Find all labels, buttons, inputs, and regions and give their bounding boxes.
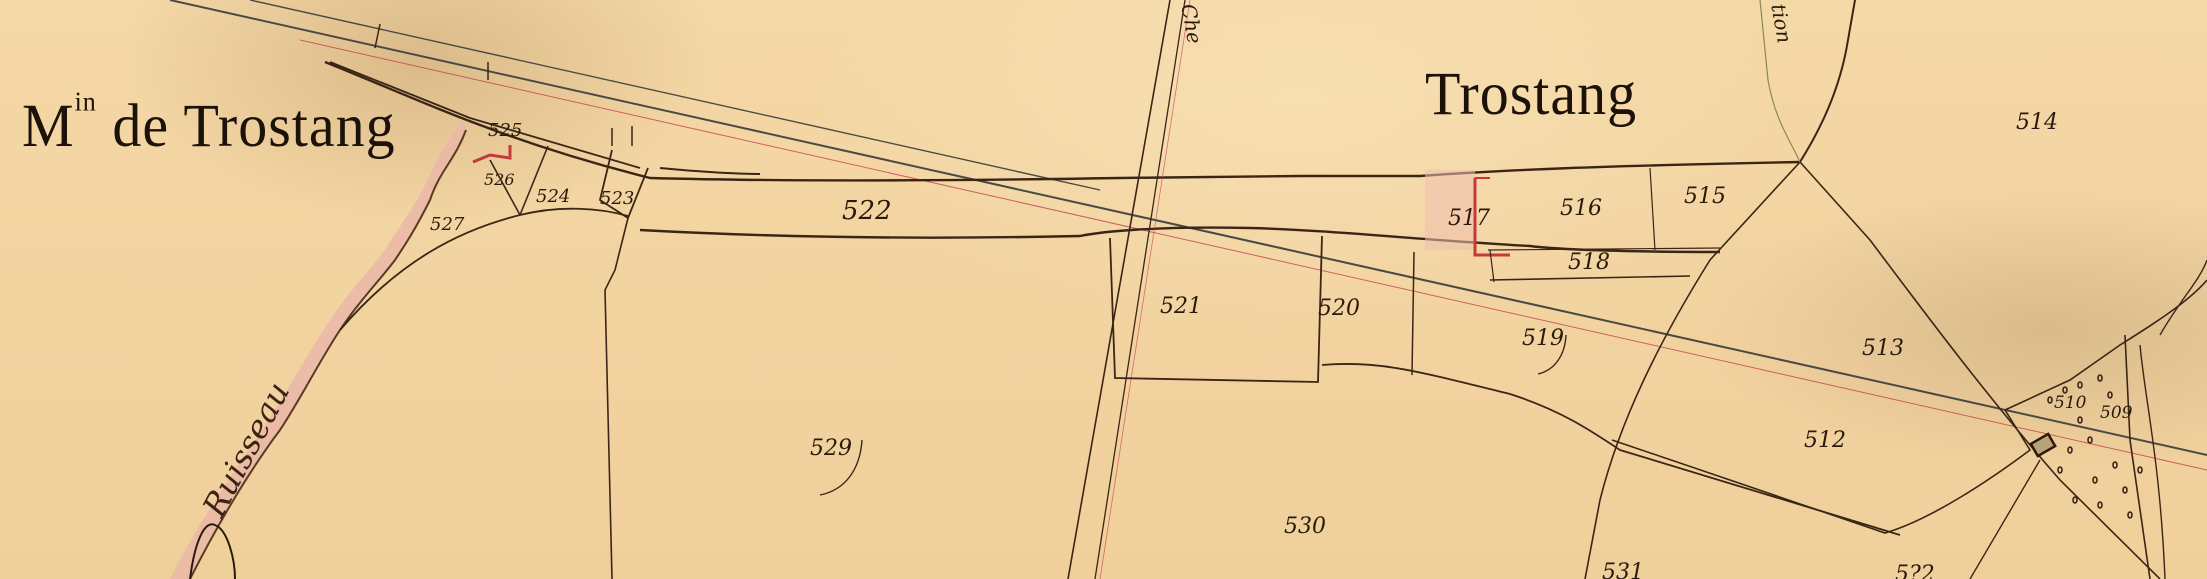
parcel-label: 522 xyxy=(842,196,892,226)
building-510 xyxy=(2031,434,2055,456)
parcel-label: 518 xyxy=(1568,250,1610,275)
survey-line-red xyxy=(300,40,2207,470)
hamlet-place-name: Trostang xyxy=(1425,58,1637,128)
parcel-label: 509 xyxy=(2100,403,2132,423)
parcel-label: 513 xyxy=(1862,336,1904,361)
chemin-edge xyxy=(1068,0,1170,579)
parcel-label: 514 xyxy=(2016,110,2058,135)
parcel-label: 526 xyxy=(484,170,515,189)
parcel-label: 520 xyxy=(1318,296,1360,321)
mill-name-suffix: de Trostang xyxy=(112,91,395,159)
mill-building-outline xyxy=(473,145,510,162)
mill-place-name: Min de Trostang xyxy=(22,90,396,160)
parcel-label: 519 xyxy=(1522,326,1564,351)
parcel-label: 530 xyxy=(1284,514,1326,539)
mill-name-prefix: M xyxy=(22,91,75,159)
mill-name-superscript: in xyxy=(75,86,97,116)
parcel-label: 512 xyxy=(1804,428,1846,453)
road-edge xyxy=(640,228,1720,252)
cadastral-map: Min de Trostang Trostang Ruisseau Che ti… xyxy=(0,0,2207,579)
parcel-label: 515 xyxy=(1684,184,1726,209)
parcel-label: 521 xyxy=(1160,294,1202,319)
parcel-label: 529 xyxy=(810,436,852,461)
parcel-label: 5?2 xyxy=(1895,562,1935,579)
parcel-label: 516 xyxy=(1560,196,1602,221)
map-linework xyxy=(0,0,2207,579)
parcel-label: 525 xyxy=(488,120,522,141)
parcel-label: 510 xyxy=(2054,393,2086,413)
parcel-label: 527 xyxy=(430,214,464,235)
parcel-label: 531 xyxy=(1602,560,1644,579)
parcel-label: 523 xyxy=(600,188,634,209)
parcel-label: 524 xyxy=(536,186,570,207)
parcel-label: 517 xyxy=(1448,206,1490,231)
